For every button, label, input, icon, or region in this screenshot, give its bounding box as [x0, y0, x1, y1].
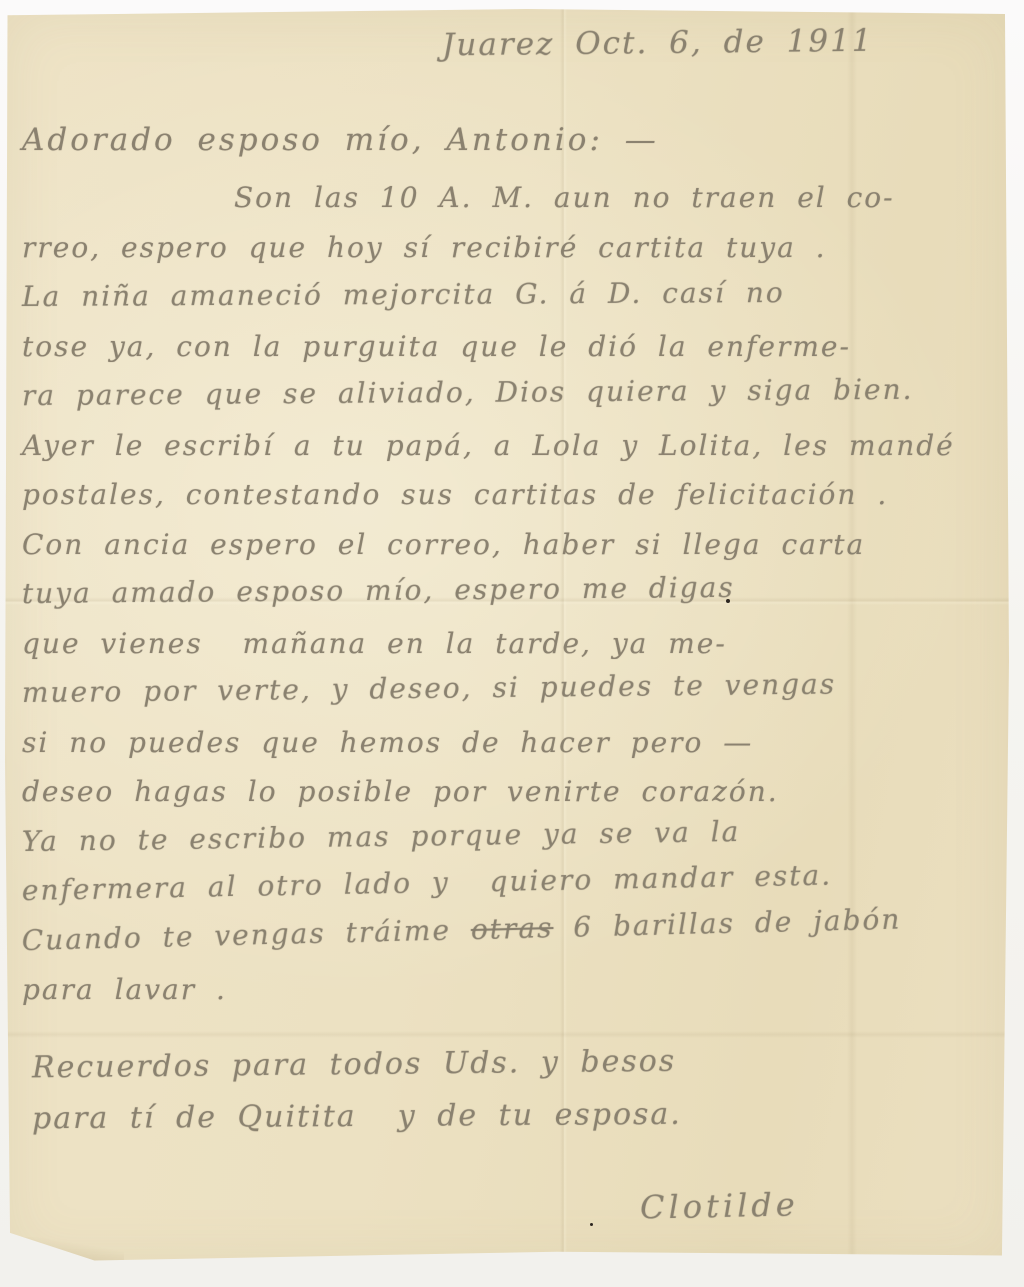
corner-fold-shadow: [4, 1237, 124, 1263]
letter-line: tose ya, con la purguita que le dió la e…: [22, 330, 1001, 380]
salutation: Adorado esposo mío, Antonio: —: [22, 122, 659, 158]
letter-line: muero por verte, y deseo, si puedes te v…: [22, 666, 1001, 726]
letter-body: Son las 10 A. M. aun no traen el co- rre…: [22, 181, 1001, 1023]
closing-line: Recuerdos para todos Uds. y besos: [32, 1044, 677, 1086]
letter-paper: Juarez Oct. 6, de 1911 Adorado esposo mí…: [4, 9, 1009, 1263]
scan-background: Juarez Oct. 6, de 1911 Adorado esposo mí…: [0, 0, 1024, 1287]
letter-line: La niña amaneció mejorcita G. á D. casí …: [22, 275, 1001, 330]
letter-line: ra parece que se aliviado, Dios quiera y…: [22, 372, 1001, 428]
dateline: Juarez Oct. 6, de 1911: [442, 23, 874, 64]
letter-line: rreo, espero que hoy sí recibiré cartita…: [22, 231, 1001, 281]
fold-crease-horizontal-lower: [4, 1031, 1009, 1038]
letter-line: postales, contestando sus cartitas de fe…: [22, 478, 1001, 528]
struck-word: otras: [470, 911, 553, 946]
letter-line: Son las 10 A. M. aun no traen el co-: [22, 181, 1001, 231]
signature: Clotilde: [640, 1185, 799, 1226]
letter-line: Ayer le escribí a tu papá, a Lola y Loli…: [22, 429, 1001, 479]
letter-line: si no puedes que hemos de hacer pero —: [22, 726, 1001, 776]
letter-line: para lavar .: [22, 973, 1001, 1023]
closing-line: para tí de Quitita y de tu esposa.: [32, 1097, 682, 1137]
paper-speck: [590, 1223, 593, 1226]
letter-line: tuya amado esposo mío, espero me digas: [22, 568, 1001, 626]
